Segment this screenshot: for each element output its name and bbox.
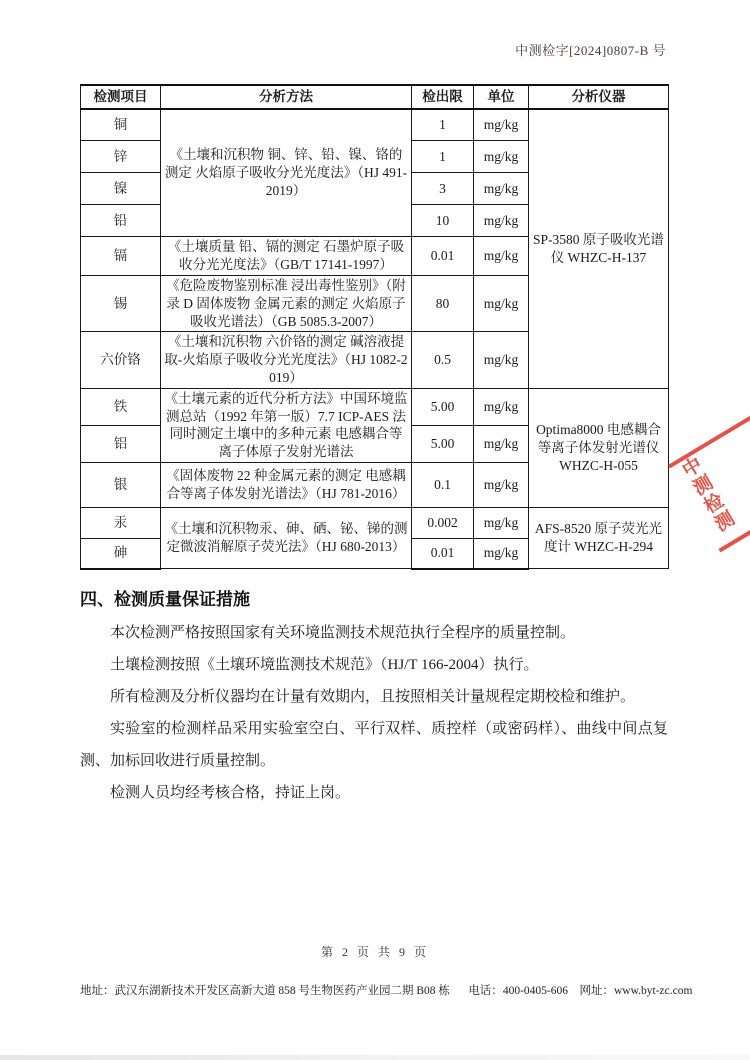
- method-cell: 《土壤和沉积物 铜、锌、铅、镍、铬的测定 火焰原子吸收分光光度法》（HJ 491…: [161, 109, 412, 237]
- footer-website-label: 网址：: [579, 985, 614, 997]
- footer-address: 武汉东湖新技术开发区高新大道 858 号生物医药产业园二期 B08 栋: [115, 985, 450, 997]
- footer-phone-label: 电话：: [468, 985, 503, 997]
- limit-cell: 10: [412, 205, 474, 237]
- item-name-cell: 锡: [81, 275, 161, 331]
- unit-cell: mg/kg: [474, 237, 529, 276]
- item-name-cell: 铁: [81, 388, 161, 425]
- qa-paragraph: 本次检测严格按照国家有关环境监测技术规范执行全程序的质量控制。: [80, 617, 668, 649]
- limit-cell: 0.01: [412, 539, 474, 569]
- unit-cell: mg/kg: [474, 205, 529, 237]
- limit-cell: 5.00: [412, 388, 474, 425]
- method-cell: 《土壤和沉积物 六价铬的测定 碱溶液提取-火焰原子吸收分光光度法》（HJ 108…: [161, 332, 412, 388]
- item-name-cell: 六价铬: [81, 332, 161, 388]
- header-unit: 单位: [474, 85, 529, 109]
- item-name-cell: 汞: [81, 508, 161, 539]
- limit-cell: 3: [412, 173, 474, 205]
- unit-cell: mg/kg: [474, 275, 529, 331]
- method-cell: 《固体废物 22 种金属元素的测定 电感耦合等离子体发射光谱法》（HJ 781-…: [161, 463, 412, 508]
- unit-cell: mg/kg: [474, 173, 529, 205]
- instrument-cell: SP-3580 原子吸收光谱仪 WHZC-H-137: [529, 109, 669, 389]
- item-name-cell: 铅: [81, 205, 161, 237]
- unit-cell: mg/kg: [474, 332, 529, 388]
- item-name-cell: 铜: [81, 109, 161, 141]
- red-stamp: 中测检测: [668, 310, 750, 552]
- item-name-cell: 砷: [81, 539, 161, 569]
- unit-cell: mg/kg: [474, 388, 529, 425]
- unit-cell: mg/kg: [474, 109, 529, 141]
- results-table: 检测项目 分析方法 检出限 单位 分析仪器 铜 《土壤和沉积物 铜、锌、铅、镍、…: [80, 84, 669, 570]
- table-row: 铁 《土壤元素的近代分析方法》中国环境监测总站（1992 年第一版）7.7 IC…: [81, 388, 669, 425]
- footer-address-label: 地址：: [80, 985, 115, 997]
- header-limit: 检出限: [412, 85, 474, 109]
- unit-cell: mg/kg: [474, 425, 529, 462]
- qa-paragraph: 所有检测及分析仪器均在计量有效期内，且按照相关计量规程定期校检和维护。: [80, 681, 668, 713]
- method-cell: 《土壤质量 铅、镉的测定 石墨炉原子吸收分光光度法》（GB/T 17141-19…: [161, 237, 412, 276]
- header-instrument: 分析仪器: [529, 85, 669, 109]
- qa-paragraph: 土壤检测按照《土壤环境监测技术规范》（HJ/T 166-2004）执行。: [80, 649, 668, 681]
- page-edge-artifact: [0, 1055, 750, 1060]
- red-stamp-text: 中测检测: [673, 452, 744, 545]
- section-title: 四、检测质量保证措施: [80, 585, 668, 610]
- qa-paragraph: 检测人员均经考核合格，持证上岗。: [80, 777, 668, 809]
- item-name-cell: 银: [81, 463, 161, 508]
- header-method: 分析方法: [161, 85, 412, 109]
- contact-footer: 地址：武汉东湖新技术开发区高新大道 858 号生物医药产业园二期 B08 栋电话…: [80, 982, 672, 998]
- limit-cell: 0.002: [412, 508, 474, 539]
- page-number: 第 2 页 共 9 页: [0, 943, 750, 960]
- limit-cell: 0.01: [412, 237, 474, 276]
- footer-website: www.byt-zc.com: [614, 985, 692, 997]
- table-header-row: 检测项目 分析方法 检出限 单位 分析仪器: [81, 85, 669, 109]
- page-content: 中测检字[2024]0807-B 号 检测项目 分析方法 检出限 单位 分析仪器…: [80, 40, 668, 809]
- limit-cell: 5.00: [412, 425, 474, 462]
- doc-number: 中测检字[2024]0807-B 号: [80, 40, 668, 59]
- header-item: 检测项目: [81, 85, 161, 109]
- table-row: 铜 《土壤和沉积物 铜、锌、铅、镍、铬的测定 火焰原子吸收分光光度法》（HJ 4…: [81, 109, 669, 141]
- unit-cell: mg/kg: [474, 463, 529, 508]
- table-row: 汞 《土壤和沉积物汞、砷、硒、铋、锑的测定微波消解原子荧光法》（HJ 680-2…: [81, 508, 669, 539]
- limit-cell: 80: [412, 275, 474, 331]
- limit-cell: 0.5: [412, 332, 474, 388]
- qa-paragraph: 实验室的检测样品采用实验室空白、平行双样、质控样（或密码样）、曲线中间点复测、加…: [80, 713, 668, 777]
- unit-cell: mg/kg: [474, 141, 529, 173]
- limit-cell: 0.1: [412, 463, 474, 508]
- limit-cell: 1: [412, 141, 474, 173]
- instrument-cell: Optima8000 电感耦合等离子体发射光谱仪 WHZC-H-055: [529, 388, 669, 507]
- item-name-cell: 镉: [81, 237, 161, 276]
- item-name-cell: 铝: [81, 425, 161, 462]
- document-page: 中测检字[2024]0807-B 号 检测项目 分析方法 检出限 单位 分析仪器…: [0, 0, 750, 1060]
- footer-phone: 400-0405-606: [503, 985, 568, 997]
- method-cell: 《土壤和沉积物汞、砷、硒、铋、锑的测定微波消解原子荧光法》（HJ 680-201…: [161, 508, 412, 569]
- unit-cell: mg/kg: [474, 539, 529, 569]
- item-name-cell: 锌: [81, 141, 161, 173]
- unit-cell: mg/kg: [474, 508, 529, 539]
- limit-cell: 1: [412, 109, 474, 141]
- instrument-cell: AFS-8520 原子荧光光度计 WHZC-H-294: [529, 508, 669, 569]
- item-name-cell: 镍: [81, 173, 161, 205]
- method-cell: 《土壤元素的近代分析方法》中国环境监测总站（1992 年第一版）7.7 ICP-…: [161, 388, 412, 462]
- method-cell: 《危险废物鉴别标准 浸出毒性鉴别》（附录 D 固体废物 金属元素的测定 火焰原子…: [161, 275, 412, 331]
